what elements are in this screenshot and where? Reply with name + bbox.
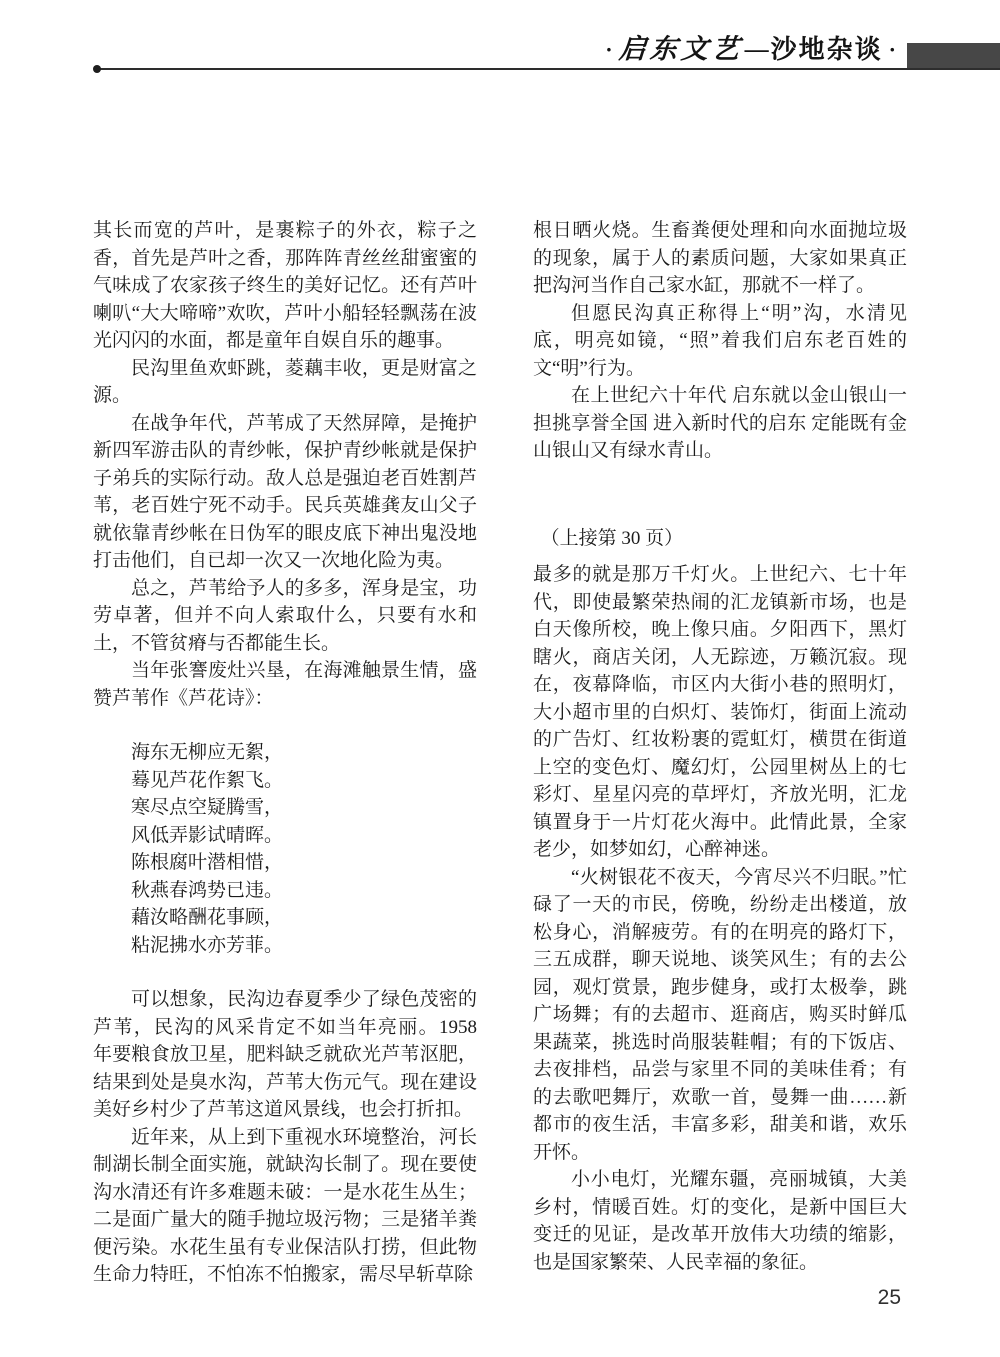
paragraph-continuation: 最多的就是那万千灯火。上世纪六、七十年代，即使最繁荣热闹的汇龙镇新市场，也是白天… bbox=[533, 561, 907, 864]
left-column: 其长而宽的芦叶，是裹粽子的外衣，粽子之香，首先是芦叶之香，那阵阵青丝丝甜蜜蜜的气… bbox=[93, 217, 477, 1289]
magazine-page: · 启东文艺 — 沙地杂谈 · 其长而宽的芦叶，是裹粽子的外衣，粽子之香，首先是… bbox=[0, 0, 1000, 1357]
header-prefix-dot: · bbox=[605, 39, 612, 61]
paragraph: 可以想象，民沟边春夏季少了绿色茂密的芦苇，民沟的风采肯定不如当年亮丽。1958 … bbox=[93, 986, 477, 1124]
paragraph-continuation: 其长而宽的芦叶，是裹粽子的外衣，粽子之香，首先是芦叶之香，那阵阵青丝丝甜蜜蜜的气… bbox=[93, 217, 477, 355]
paragraph: “火树银花不夜天，今宵尽兴不归眠。”忙碌了一天的市民，傍晚，纷纷走出楼道，放松身… bbox=[533, 864, 907, 1167]
paragraph: 但愿民沟真正称得上“明”沟，水清见底，明亮如镜，“照”着我们启东老百姓的文“明”… bbox=[533, 300, 907, 383]
paragraph: 总之，芦苇给予人的多多，浑身是宝，功劳卓著，但并不向人索取什么，只要有水和土，不… bbox=[93, 575, 477, 658]
page-header-title: · 启东文艺 — 沙地杂谈 · bbox=[605, 36, 896, 63]
right-column: 根日晒火烧。生畜粪便处理和向水面抛垃圾的现象，属于人的素质问题，大家如果真正把沟… bbox=[533, 217, 907, 1276]
header-rule-end-dot bbox=[93, 65, 101, 73]
paragraph: 在上世纪六十年代 启东就以金山银山一担挑享誉全国 进入新时代的启东 定能既有金山… bbox=[533, 382, 907, 465]
poem-line: 藉汝略酬花事顾， bbox=[131, 904, 477, 932]
header-magazine-title: 启东文艺 bbox=[618, 36, 744, 63]
poem-line: 海东无柳应无絮， bbox=[131, 739, 477, 767]
header-separator-dash: — bbox=[745, 38, 769, 62]
continuation-note: （上接第 30 页） bbox=[533, 525, 907, 553]
poem-line: 风低弄影试晴晖。 bbox=[131, 822, 477, 850]
paragraph: 近年来，从上到下重视水环境整治，河长制湖长制全面实施，就缺沟长制了。现在要使沟水… bbox=[93, 1124, 477, 1289]
poem-line: 寒尽点空疑腾雪， bbox=[131, 794, 477, 822]
poem-line: 蓦见芦花作絮飞。 bbox=[131, 767, 477, 795]
poem-line: 陈根腐叶潜相惜， bbox=[131, 849, 477, 877]
paragraph: 在战争年代，芦苇成了天然屏障，是掩护新四军游击队的青纱帐，保护青纱帐就是保护子弟… bbox=[93, 410, 477, 575]
paragraph-continuation: 根日晒火烧。生畜粪便处理和向水面抛垃圾的现象，属于人的素质问题，大家如果真正把沟… bbox=[533, 217, 907, 300]
header-column-title: 沙地杂谈 bbox=[771, 37, 883, 63]
poem-lu-hua-shi: 海东无柳应无絮， 蓦见芦花作絮飞。 寒尽点空疑腾雪， 风低弄影试晴晖。 陈根腐叶… bbox=[131, 739, 477, 959]
header-rule bbox=[96, 68, 1000, 70]
page-number: 25 bbox=[878, 1286, 901, 1310]
header-corner-block bbox=[907, 43, 1000, 68]
poem-line: 粘泥拂水亦芳菲。 bbox=[131, 932, 477, 960]
paragraph: 小小电灯，光耀东疆，亮丽城镇，大美乡村，情暖百姓。灯的变化，是新中国巨大变迁的见… bbox=[533, 1166, 907, 1276]
paragraph: 当年张謇废灶兴垦，在海滩触景生情，盛赞芦苇作《芦花诗》： bbox=[93, 657, 477, 712]
paragraph: 民沟里鱼欢虾跳，菱藕丰收，更是财富之源。 bbox=[93, 355, 477, 410]
header-suffix-dot: · bbox=[889, 39, 896, 61]
poem-line: 秋燕春鸿势已违。 bbox=[131, 877, 477, 905]
